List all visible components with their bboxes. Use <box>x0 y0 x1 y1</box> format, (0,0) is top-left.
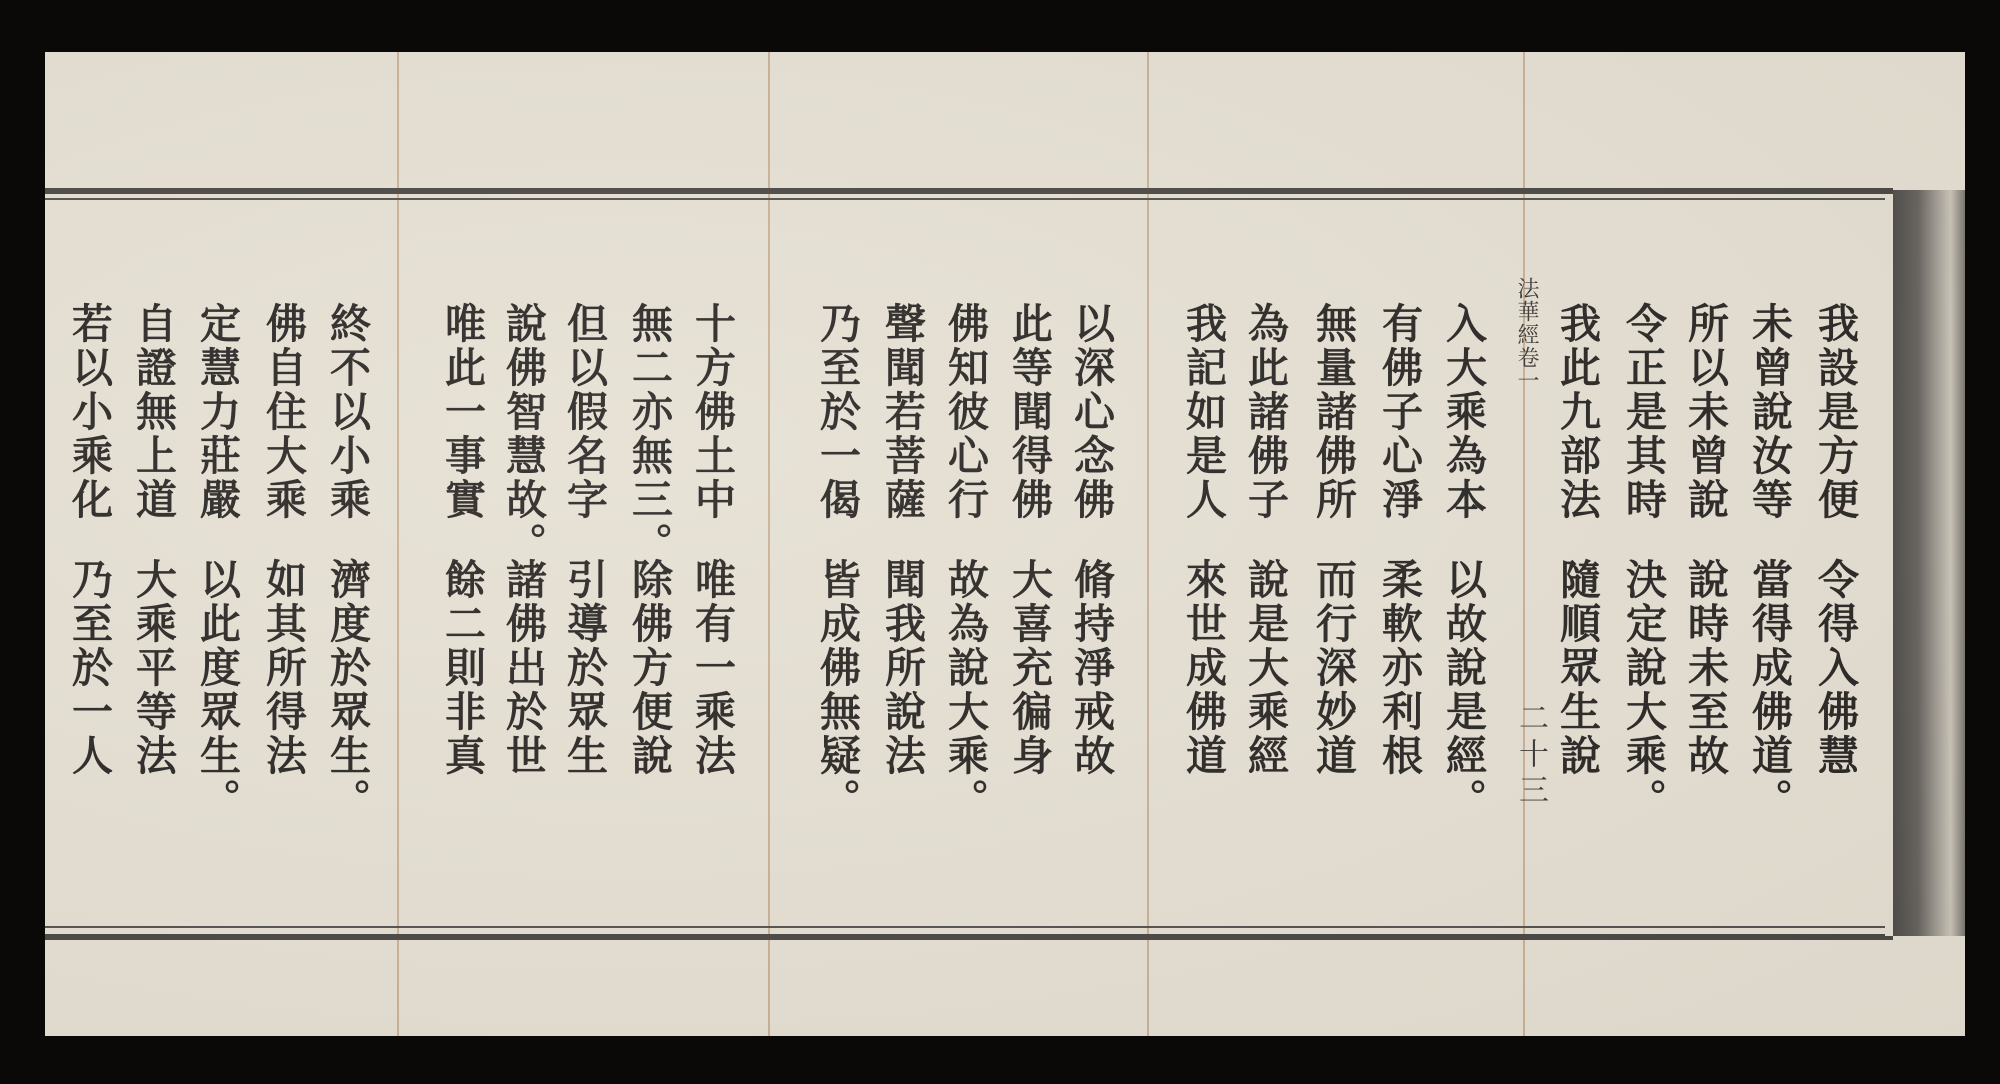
text-column: 唯此一事實 <box>440 302 484 522</box>
text-column: 大乘平等法 <box>131 558 175 778</box>
page-number: 二十三 <box>1508 702 1552 810</box>
text-column: 無量諸佛所 <box>1311 302 1355 522</box>
text-column: 佛知彼心行 <box>943 302 987 522</box>
text-column: 大喜充徧身 <box>1007 558 1051 778</box>
text-column: 終不以小乘 <box>325 302 369 522</box>
text-column: 若以小乘化 <box>67 302 111 522</box>
text-column: 乃至於一偈 <box>815 302 859 522</box>
top-border-thick <box>45 188 1893 194</box>
text-column: 入大乘為本 <box>1441 302 1485 522</box>
text-column: 我此九部法 <box>1555 302 1599 522</box>
bottom-border-thin <box>45 926 1885 928</box>
text-column: 諸佛出於世 <box>501 558 545 778</box>
text-column: 來世成佛道 <box>1181 558 1225 778</box>
text-column: 隨順眾生說 <box>1555 558 1599 778</box>
text-column: 皆成佛無疑。 <box>815 558 859 822</box>
text-column: 無二亦無三。 <box>627 302 671 566</box>
text-column: 佛自住大乘 <box>261 302 305 522</box>
top-border-thin <box>45 198 1885 200</box>
right-frame-border <box>1893 190 1965 936</box>
text-column: 決定說大乘。 <box>1621 558 1665 822</box>
text-column: 脩持淨戒故 <box>1069 558 1113 778</box>
bottom-border-thick <box>45 934 1893 940</box>
text-column: 如其所得法 <box>261 558 305 778</box>
text-column: 說是大乘經 <box>1243 558 1287 778</box>
text-column: 說佛智慧故。 <box>501 302 545 566</box>
text-column: 濟度於眾生。 <box>325 558 369 822</box>
sutra-paper: 法華經卷一 二十三 我設是方便 令得入佛慧 未曾說汝等 當得成佛道。 所以未曾說… <box>45 52 1965 1036</box>
text-column: 令正是其時 <box>1621 302 1665 522</box>
text-column: 此等聞得佛 <box>1007 302 1051 522</box>
text-column: 柔軟亦利根 <box>1377 558 1421 778</box>
text-column: 唯有一乘法 <box>690 558 734 778</box>
text-column: 我記如是人 <box>1181 302 1225 522</box>
text-column: 引導於眾生 <box>562 558 606 778</box>
text-column: 故為說大乘。 <box>943 558 987 822</box>
text-column: 說時未至故 <box>1683 558 1727 778</box>
text-column: 為此諸佛子 <box>1243 302 1287 522</box>
text-column: 我設是方便 <box>1813 302 1857 522</box>
text-column: 以故說是經。 <box>1441 558 1485 822</box>
text-column: 令得入佛慧 <box>1813 558 1857 778</box>
text-column: 定慧力莊嚴 <box>195 302 239 522</box>
text-column: 但以假名字 <box>562 302 606 522</box>
text-column: 十方佛土中 <box>690 302 734 522</box>
text-column: 而行深妙道 <box>1311 558 1355 778</box>
text-column: 除佛方便說 <box>627 558 671 778</box>
margin-title: 法華經卷一 <box>1511 277 1542 392</box>
text-column: 以深心念佛 <box>1069 302 1113 522</box>
text-column: 乃至於一人 <box>67 558 111 778</box>
text-column: 未曾說汝等 <box>1747 302 1791 522</box>
text-column: 以此度眾生。 <box>195 558 239 822</box>
text-column: 聞我所說法 <box>880 558 924 778</box>
text-column: 當得成佛道。 <box>1747 558 1791 822</box>
text-column: 聲聞若菩薩 <box>880 302 924 522</box>
text-column: 有佛子心淨 <box>1377 302 1421 522</box>
text-column: 自證無上道 <box>131 302 175 522</box>
text-column: 餘二則非真 <box>440 558 484 778</box>
text-column: 所以未曾說 <box>1683 302 1727 522</box>
